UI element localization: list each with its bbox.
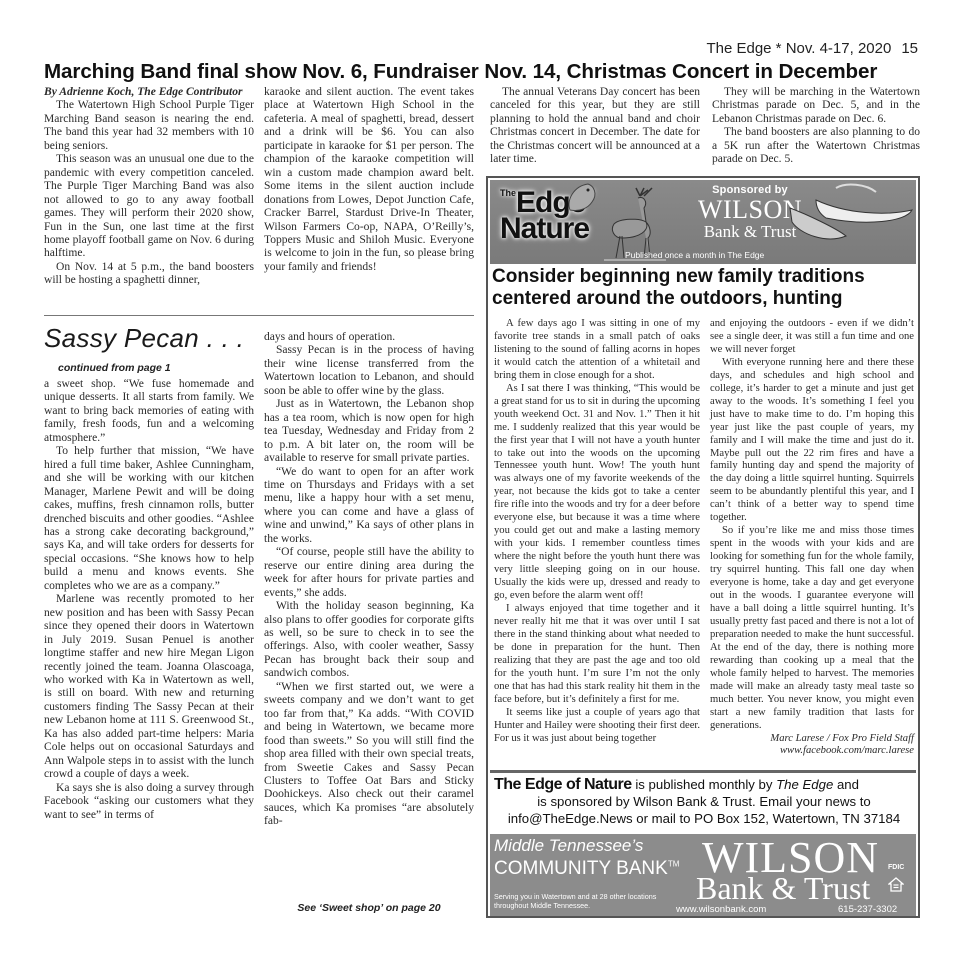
paragraph: With everyone running here and there the… xyxy=(710,357,914,525)
paragraph: Just as in Watertown, the Lebanon shop h… xyxy=(264,398,474,465)
band-column-1: By Adrienne Koch, The Edge Contributor T… xyxy=(44,86,254,288)
fish-icon xyxy=(562,180,602,220)
continued-label: continued from page 1 xyxy=(58,362,171,374)
sassy-column-2: days and hours of operation. Sassy Pecan… xyxy=(264,331,474,829)
serving-note: Serving you in Watertown and at 28 other… xyxy=(494,892,664,910)
paragraph: The Watertown High School Purple Tiger M… xyxy=(44,99,254,153)
band-column-3: The annual Veterans Day concert has been… xyxy=(490,86,700,167)
sassy-pecan-title: Sassy Pecan . . . xyxy=(44,323,244,354)
paragraph: “When we first started out, we were a sw… xyxy=(264,681,474,829)
paragraph: Ka says she is also doing a survey throu… xyxy=(44,782,254,822)
info-line-2: is sponsored by Wilson Bank & Trust. Ema… xyxy=(492,793,916,810)
band-headline: Marching Band final show Nov. 6, Fundrai… xyxy=(44,60,920,84)
author-signature: Marc Larese / Fox Pro Field Staff xyxy=(710,733,914,746)
info-text: and xyxy=(833,777,859,792)
page-folio: The Edge * Nov. 4-17, 202015 xyxy=(706,40,918,57)
section-divider xyxy=(490,770,916,773)
paragraph: A few days ago I was sitting in one of m… xyxy=(494,318,700,383)
paragraph: The annual Veterans Day concert has been… xyxy=(490,86,700,167)
author-facebook-link[interactable]: www.facebook.com/marc.larese xyxy=(710,745,914,758)
trademark: TM xyxy=(668,860,680,869)
canoe-icon xyxy=(786,180,916,250)
byline: By Adrienne Koch, The Edge Contributor xyxy=(44,86,254,99)
page-number: 15 xyxy=(901,40,918,57)
community-bank-label: COMMUNITY BANKTM xyxy=(494,858,679,880)
paragraph: So if you’re like me and miss those time… xyxy=(710,525,914,732)
paragraph: a sweet shop. “We fuse homemade and uniq… xyxy=(44,378,254,445)
wilson-bank-ad[interactable]: Middle Tennessee’s COMMUNITY BANKTM Serv… xyxy=(490,834,916,916)
published-note: Published once a month in The Edge xyxy=(625,250,764,260)
paragraph: days and hours of operation. xyxy=(264,331,474,344)
paragraph: and enjoying the outdoors - even if we d… xyxy=(710,318,914,357)
info-publication: The Edge xyxy=(776,777,833,792)
nature-column-1: A few days ago I was sitting in one of m… xyxy=(494,318,700,745)
band-column-2: karaoke and silent auction. The event ta… xyxy=(264,86,474,274)
paragraph: This season was an unusual one due to th… xyxy=(44,153,254,261)
paragraph: Marlene was recently promoted to her new… xyxy=(44,593,254,781)
band-column-4: They will be marching in the Watertown C… xyxy=(712,86,920,167)
paragraph: “We do want to open for an after work ti… xyxy=(264,466,474,547)
paragraph: The band boosters are also planning to d… xyxy=(712,126,920,166)
nature-column-2: and enjoying the outdoors - even if we d… xyxy=(710,318,914,758)
info-contact-line[interactable]: info@TheEdge.News or mail to PO Box 152,… xyxy=(492,810,916,827)
paragraph: On Nov. 14 at 5 p.m., the band boosters … xyxy=(44,261,254,288)
bank-url[interactable]: www.wilsonbank.com xyxy=(676,904,766,915)
publication-date: The Edge * Nov. 4-17, 2020 xyxy=(706,40,891,57)
paragraph: To help further that mission, “We have h… xyxy=(44,445,254,593)
edge-of-nature-mini-logo: The Edge of Nature xyxy=(494,776,632,793)
publication-info: The Edge of Nature is published monthly … xyxy=(492,776,916,827)
section-divider xyxy=(44,315,474,316)
fdic-badge: FDIC xyxy=(888,864,904,871)
logo-the: The xyxy=(500,188,516,198)
bank-tagline: Middle Tennessee’s xyxy=(494,836,643,856)
paragraph: They will be marching in the Watertown C… xyxy=(712,86,920,126)
paragraph: As I sat there I was thinking, “This wou… xyxy=(494,383,700,603)
paragraph: karaoke and silent auction. The event ta… xyxy=(264,86,474,274)
community-bank-text: COMMUNITY BANK xyxy=(494,858,668,879)
paragraph: I always enjoyed that time together and … xyxy=(494,603,700,707)
sassy-column-1: a sweet shop. “We fuse homemade and uniq… xyxy=(44,378,254,822)
equal-housing-icon xyxy=(888,876,904,892)
jump-line: See ‘Sweet shop’ on page 20 xyxy=(264,902,474,914)
bank-phone: 615-237-3302 xyxy=(838,904,897,915)
info-text: is published monthly by xyxy=(632,777,776,792)
paragraph: With the holiday season beginning, Ka al… xyxy=(264,600,474,681)
bank-logo-bank-trust: Bank & Trust xyxy=(696,870,870,907)
paragraph: It seems like just a couple of years ago… xyxy=(494,707,700,746)
edge-of-nature-section: TheEdgeof Nature Sponsored by WILSON Ban… xyxy=(486,176,920,918)
edge-of-nature-banner: TheEdgeof Nature Sponsored by WILSON Ban… xyxy=(490,180,916,264)
paragraph: Sassy Pecan is in the process of having … xyxy=(264,344,474,398)
paragraph: “Of course, people still have the abilit… xyxy=(264,546,474,600)
nature-headline: Consider beginning new family traditions… xyxy=(492,266,916,310)
